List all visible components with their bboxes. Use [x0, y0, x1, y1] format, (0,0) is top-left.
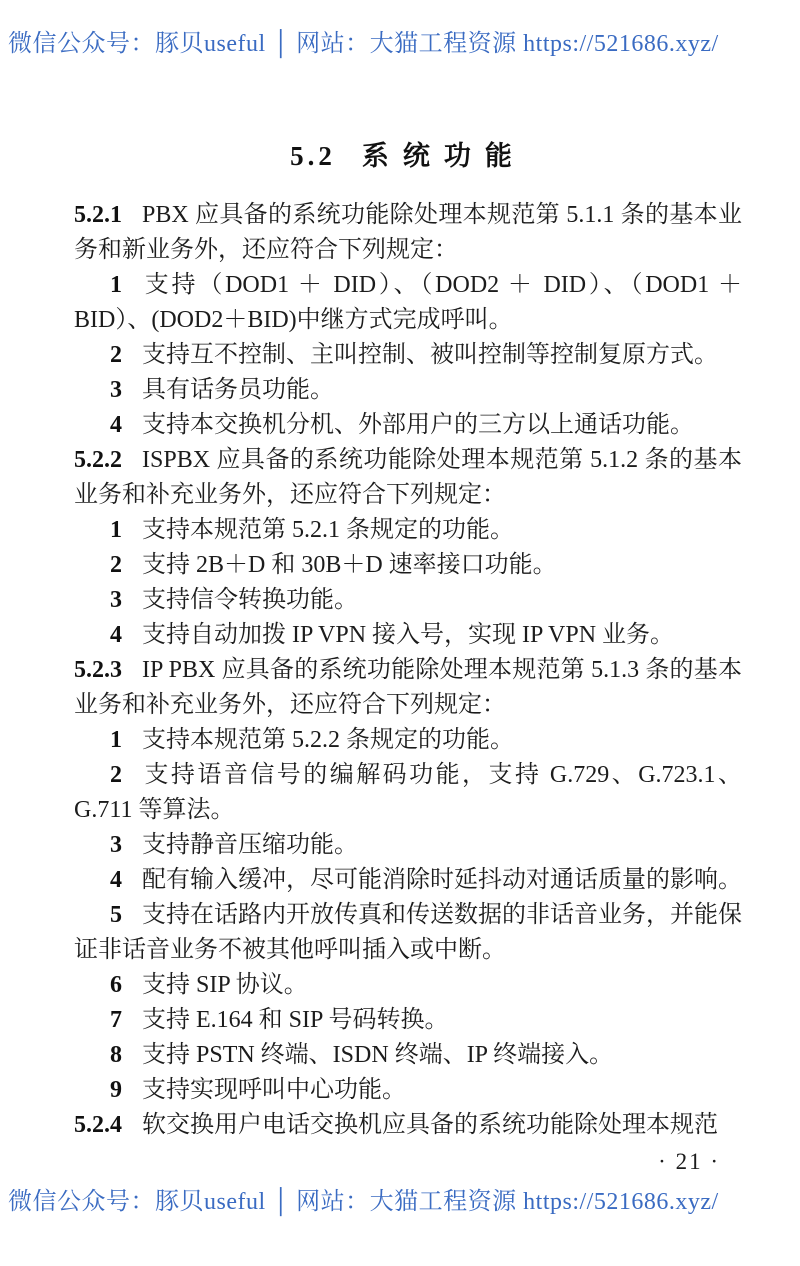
- list-item-text: 支持本规范第 5.2.2 条规定的功能。: [142, 727, 514, 753]
- list-item-paragraph: 2支持互不控制、主叫控制、被叫控制等控制复原方式。: [74, 338, 742, 373]
- list-item-text: 支持 E.164 和 SIP 号码转换。: [142, 1007, 448, 1033]
- document-content: 5.2系统功能 5.2.1PBX 应具备的系统功能除处理本规范第 5.1.1 条…: [74, 140, 742, 1143]
- clause-text: 软交换用户电话交换机应具备的系统功能除处理本规范: [142, 1112, 718, 1138]
- list-item-paragraph: 4配有输入缓冲，尽可能消除时延抖动对通话质量的影响。: [74, 863, 742, 898]
- list-item-paragraph: 9支持实现呼叫中心功能。: [74, 1073, 742, 1108]
- list-item-number: 3: [110, 587, 122, 613]
- list-item-number: 9: [110, 1077, 122, 1103]
- list-item-paragraph: 3具有话务员功能。: [74, 373, 742, 408]
- list-item-text: 支持信令转换功能。: [142, 587, 358, 613]
- list-item-text: 支持互不控制、主叫控制、被叫控制等控制复原方式。: [142, 342, 718, 368]
- list-item-paragraph: 5支持在话路内开放传真和传送数据的非话音业务，并能保证非话音业务不被其他呼叫插入…: [74, 898, 742, 968]
- list-item-number: 6: [110, 972, 122, 998]
- section-title-text: 系统功能: [362, 141, 526, 171]
- clause-number: 5.2.1: [74, 202, 122, 228]
- list-item-number: 2: [110, 342, 122, 368]
- list-item-paragraph: 7支持 E.164 和 SIP 号码转换。: [74, 1003, 742, 1038]
- list-item-paragraph: 1支持本规范第 5.2.2 条规定的功能。: [74, 723, 742, 758]
- list-item-number: 4: [110, 412, 122, 438]
- list-item-number: 1: [110, 517, 122, 543]
- clause-paragraph: 5.2.1PBX 应具备的系统功能除处理本规范第 5.1.1 条的基本业务和新业…: [74, 198, 742, 268]
- list-item-number: 4: [110, 622, 122, 648]
- list-item-text: 支持 SIP 协议。: [142, 972, 308, 998]
- list-item-paragraph: 3支持静音压缩功能。: [74, 828, 742, 863]
- list-item-text: 配有输入缓冲，尽可能消除时延抖动对通话质量的影响。: [142, 867, 742, 893]
- clause-paragraph: 5.2.3IP PBX 应具备的系统功能除处理本规范第 5.1.3 条的基本业务…: [74, 653, 742, 723]
- list-item-paragraph: 3支持信令转换功能。: [74, 583, 742, 618]
- section-title: 5.2系统功能: [74, 140, 742, 172]
- list-item-text: 支持在话路内开放传真和传送数据的非话音业务，并能保证非话音业务不被其他呼叫插入或…: [74, 902, 742, 963]
- list-item-paragraph: 8支持 PSTN 终端、ISDN 终端、IP 终端接入。: [74, 1038, 742, 1073]
- list-item-number: 3: [110, 377, 122, 403]
- list-item-number: 4: [110, 867, 122, 893]
- clause-paragraph: 5.2.2ISPBX 应具备的系统功能除处理本规范第 5.1.2 条的基本业务和…: [74, 443, 742, 513]
- list-item-number: 7: [110, 1007, 122, 1033]
- watermark-top: 微信公众号：豚贝useful │ 网站：大猫工程资源 https://52168…: [8, 28, 800, 60]
- watermark-bottom: 微信公众号：豚贝useful │ 网站：大猫工程资源 https://52168…: [8, 1186, 800, 1218]
- list-item-number: 3: [110, 832, 122, 858]
- clause-number: 5.2.4: [74, 1112, 122, 1138]
- document-page: 微信公众号：豚贝useful │ 网站：大猫工程资源 https://52168…: [0, 0, 800, 1266]
- list-item-text: 支持本规范第 5.2.1 条规定的功能。: [142, 517, 514, 543]
- list-item-text: 支持静音压缩功能。: [142, 832, 358, 858]
- list-item-paragraph: 4支持本交换机分机、外部用户的三方以上通话功能。: [74, 408, 742, 443]
- list-item-number: 2: [110, 552, 122, 578]
- list-item-text: 支持（DOD1 ＋ DID）、（DOD2 ＋ DID）、（DOD1 ＋ BID）…: [74, 272, 742, 333]
- list-item-number: 8: [110, 1042, 122, 1068]
- list-item-text: 支持 PSTN 终端、ISDN 终端、IP 终端接入。: [142, 1042, 613, 1068]
- list-item-text: 具有话务员功能。: [142, 377, 334, 403]
- clause-number: 5.2.2: [74, 447, 122, 473]
- clause-text: IP PBX 应具备的系统功能除处理本规范第 5.1.3 条的基本业务和补充业务…: [74, 657, 742, 718]
- list-item-number: 1: [110, 727, 122, 753]
- list-item-paragraph: 1支持本规范第 5.2.1 条规定的功能。: [74, 513, 742, 548]
- list-item-number: 5: [110, 902, 122, 928]
- list-item-paragraph: 1支持（DOD1 ＋ DID）、（DOD2 ＋ DID）、（DOD1 ＋ BID…: [74, 268, 742, 338]
- list-item-text: 支持 2B＋D 和 30B＋D 速率接口功能。: [142, 552, 557, 578]
- list-item-number: 2: [110, 762, 122, 788]
- list-item-text: 支持语音信号的编解码功能，支持 G.729、G.723.1、G.711 等算法。: [74, 762, 742, 823]
- clause-paragraph: 5.2.4软交换用户电话交换机应具备的系统功能除处理本规范: [74, 1108, 742, 1143]
- clause-text: PBX 应具备的系统功能除处理本规范第 5.1.1 条的基本业务和新业务外，还应…: [74, 202, 742, 263]
- list-item-paragraph: 6支持 SIP 协议。: [74, 968, 742, 1003]
- list-item-paragraph: 2支持语音信号的编解码功能，支持 G.729、G.723.1、G.711 等算法…: [74, 758, 742, 828]
- clause-number: 5.2.3: [74, 657, 122, 683]
- list-item-paragraph: 2支持 2B＋D 和 30B＋D 速率接口功能。: [74, 548, 742, 583]
- clause-text: ISPBX 应具备的系统功能除处理本规范第 5.1.2 条的基本业务和补充业务外…: [74, 447, 742, 508]
- list-item-number: 1: [110, 272, 122, 298]
- list-item-text: 支持本交换机分机、外部用户的三方以上通话功能。: [142, 412, 694, 438]
- document-body: 5.2.1PBX 应具备的系统功能除处理本规范第 5.1.1 条的基本业务和新业…: [74, 198, 742, 1143]
- section-title-number: 5.2: [290, 141, 336, 171]
- list-item-paragraph: 4支持自动加拨 IP VPN 接入号，实现 IP VPN 业务。: [74, 618, 742, 653]
- page-number: · 21 ·: [658, 1148, 720, 1176]
- list-item-text: 支持自动加拨 IP VPN 接入号，实现 IP VPN 业务。: [142, 622, 674, 648]
- list-item-text: 支持实现呼叫中心功能。: [142, 1077, 406, 1103]
